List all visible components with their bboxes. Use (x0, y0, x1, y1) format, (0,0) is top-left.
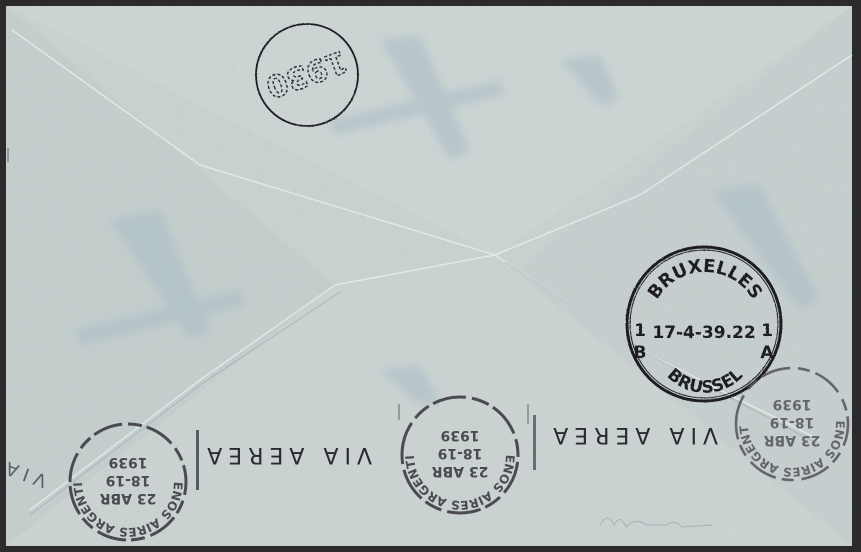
envelope-photo: 1930 BRUXELLES BRUSSEL 17-4-39.22 1 B 1 … (0, 0, 861, 552)
svg-text:VIA AEREA: VIA AEREA (547, 422, 718, 447)
bruxelles-left-code-top: 1 (634, 321, 646, 341)
svg-text:1939: 1939 (773, 396, 812, 412)
svg-text:23 ABR: 23 ABR (99, 490, 156, 506)
bruxelles-right-code-bottom: A (760, 343, 774, 363)
svg-text:18-19: 18-19 (438, 445, 483, 461)
svg-text:1939: 1939 (441, 427, 480, 443)
bruxelles-date: 17-4-39.22 (652, 323, 755, 343)
svg-text:18-19: 18-19 (770, 414, 815, 430)
svg-text:1939: 1939 (109, 454, 148, 470)
svg-text:VIA AEREA: VIA AEREA (201, 442, 372, 467)
svg-text:23 ABR: 23 ABR (763, 432, 820, 448)
bruxelles-left-code-bottom: B (634, 343, 647, 363)
svg-text:23 ABR: 23 ABR (431, 463, 488, 479)
bruxelles-right-code-top: 1 (761, 321, 773, 341)
svg-text:18-19: 18-19 (106, 472, 151, 488)
